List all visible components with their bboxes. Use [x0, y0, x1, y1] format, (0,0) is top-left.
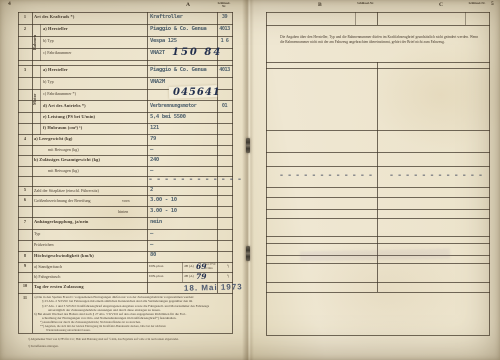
motor-hersteller-value: Piaggio & Co. Genua — [150, 68, 206, 74]
row-number: 9 — [18, 264, 32, 268]
kraftfahrzeugbrief-spread: 4 A Schlüssel-Nr. B Schlüssel-Nr. C Schl… — [0, 0, 500, 360]
gesamtgewicht-value: 240 — [150, 158, 159, 164]
rahmen-typ-label: b) Typ — [43, 39, 54, 44]
divider — [18, 12, 233, 13]
divider — [147, 12, 148, 293]
bemerkungen-text: a) Die in den Spalten B und C vorgesehen… — [34, 295, 230, 321]
divider — [266, 12, 267, 335]
divider — [355, 12, 356, 25]
column-b-header: B — [318, 3, 322, 9]
divider — [40, 24, 41, 61]
divider — [18, 240, 233, 241]
leistung-value: 5,4 bei 5500 — [150, 115, 186, 121]
rahmen-fabriknummer-value: VNA2T — [150, 51, 165, 57]
divider — [182, 262, 183, 282]
divider — [40, 65, 41, 135]
divider — [266, 62, 490, 63]
divider — [18, 24, 233, 25]
staple — [246, 246, 250, 261]
column-a-header: A — [186, 3, 190, 9]
kupplung-typ-value: — — [150, 232, 153, 238]
divider — [266, 197, 490, 198]
divider — [266, 209, 490, 210]
rahmen-typ-key: 1 6 — [217, 39, 232, 44]
motor-fabriknummer-handwritten: 045641 — [173, 88, 221, 98]
bemerkungen-fussnoten: *) Auszufüllen nur durch die Zulassungsb… — [40, 321, 228, 333]
mit-beiwagen-value: — — [150, 148, 153, 154]
erste-zulassung-label: Tag der ersten Zulassung — [34, 285, 84, 290]
divider — [18, 155, 233, 156]
divider — [18, 60, 233, 61]
hoechstgeschwindigkeit-value: 80 — [150, 253, 156, 259]
row-number: 5 — [18, 188, 32, 192]
divider — [266, 68, 490, 69]
divider — [18, 333, 233, 334]
bereifung-vorn-value: 3.00 - 10 — [150, 198, 177, 204]
motor-typ-label: b) Typ — [43, 80, 54, 85]
row-number: 1 — [18, 15, 32, 19]
schluessel-nr-header: Schlüssel-Nr. — [216, 2, 232, 9]
divider — [266, 152, 490, 153]
divider — [266, 12, 490, 13]
divider — [18, 166, 233, 167]
footnote-1: ¹) Allgemeiner Wert von 0,785 für π/4 ; … — [28, 338, 246, 342]
page-number-left: 4 — [8, 2, 11, 8]
hubraum-value: 121 — [150, 126, 159, 132]
rahmen-hersteller-label: a) Hersteller — [43, 27, 68, 32]
din-phon-label: DIN-phon — [149, 265, 163, 269]
motor-hersteller-label: a) Hersteller — [43, 68, 68, 73]
divider — [18, 206, 233, 207]
divider — [18, 36, 233, 37]
rahmen-fabriknummer-handwritten: 150 84 — [172, 48, 222, 58]
divider — [266, 263, 490, 264]
row-number: 6 — [18, 198, 32, 202]
divider — [18, 186, 233, 187]
rahmen-hersteller-value: Piaggio & Co. Genua — [150, 27, 206, 33]
divider — [18, 134, 233, 135]
rahmen-hersteller-key: 4013 — [217, 27, 232, 32]
group-label-motor: Motor — [33, 66, 40, 132]
row-number: 11 — [18, 296, 32, 300]
divider — [18, 251, 233, 252]
fahrgeraeusch-handwritten: 79 — [196, 273, 206, 281]
motor-typ-value: VNA2M — [150, 80, 165, 86]
handwritten-dash-line-b: – – – – – – – – – – – – — [280, 173, 373, 179]
mit-beiwagen-label: mit Beiwagen (kg) — [48, 148, 79, 153]
divider — [18, 112, 233, 113]
divider — [266, 335, 490, 336]
center-fold — [242, 0, 254, 360]
divider — [266, 166, 490, 167]
divider — [266, 130, 490, 131]
divider — [266, 282, 490, 283]
pruefzeichen-value: — — [150, 243, 153, 249]
divider — [266, 25, 490, 26]
divider — [18, 229, 233, 230]
page-number-right: 5 — [491, 2, 494, 8]
row-number: 3 — [18, 68, 32, 72]
fussnote-line: Wiederzulassung unverändert lassen. — [40, 329, 228, 333]
leergewicht-value: 79 — [150, 137, 156, 143]
divider — [18, 195, 233, 196]
antrieb-label: d) Art des Antriebs *) — [43, 104, 86, 109]
divider — [18, 123, 233, 124]
divider — [266, 187, 490, 188]
group-label-rahmen: Rahmen — [33, 25, 40, 59]
antrieb-value: Verbrennungsmotor — [150, 104, 196, 109]
leistung-label: e) Leistung (PS bei U/min) — [43, 115, 95, 120]
anhaengerkupplung-label: Anhängerkupplung, ja/nein — [34, 220, 88, 225]
divider — [18, 65, 233, 66]
sitzplaetze-label: Zahl der Sitzplätze (einschl. Führersitz… — [34, 189, 99, 194]
handwritten-dash-line: – – – – – – – – – – – – — [149, 177, 242, 183]
divider — [18, 77, 233, 78]
bereifung-vorn-label: vorn — [122, 199, 130, 204]
db-a-label: dB (A) — [184, 275, 194, 279]
row-number: 10 — [18, 284, 32, 288]
footnote-mark: ²) — [227, 265, 229, 269]
divider — [266, 292, 490, 293]
bereifung-hinten-value: 3.00 - 10 — [150, 209, 177, 215]
rahmennummer-hinweis: Die Angaben über den Hersteller, Typ und… — [280, 35, 478, 45]
hubraum-label: f) Hubraum (cm³) ¹) — [43, 126, 82, 131]
footnote-mark: ²) — [227, 275, 229, 279]
kupplung-typ-label: Typ — [34, 232, 40, 237]
staple — [246, 138, 250, 153]
bereifung-hinten-label: hinten — [118, 210, 128, 215]
footnote-2: ²) Zutreffendes eintragen. — [28, 345, 246, 349]
divider — [377, 12, 378, 25]
divider — [18, 217, 233, 218]
db-a-label: dB (A) — [184, 265, 194, 269]
standgeraeusch-zusatz: bei 3750 U/min — [205, 263, 222, 270]
divider — [18, 100, 233, 101]
antrieb-key: 01 — [217, 104, 232, 109]
page-right — [247, 0, 500, 360]
mit-beiwagen2-value: — — [150, 169, 153, 175]
row-number: 2 — [18, 27, 32, 31]
divider — [266, 243, 490, 244]
column-c-header: C — [439, 3, 443, 9]
rahmen-typ-value: Vespa 125 — [150, 39, 177, 45]
art-des-kraftrads-value: Kraftroller — [150, 15, 183, 21]
motor-hersteller-key: 4013 — [217, 68, 232, 73]
row-number: 8 — [18, 254, 32, 258]
fahrgeraeusch-label: b) Fahrgeräusch — [34, 275, 60, 280]
leergewicht-label: a) Leergewicht (kg) — [34, 137, 72, 142]
schluessel-nr-header: Schlüssel-Nr. — [356, 2, 375, 5]
row-number: 4 — [18, 137, 32, 141]
date-stamp: 18. Mai 1973 — [184, 283, 243, 293]
art-des-kraftrads-label: Art des Kraftrads *) — [34, 15, 74, 20]
handwritten-dash-line-c: – – – – – – – – – – – – — [390, 173, 483, 179]
pruefzeichen-label: Prüfzeichen — [34, 243, 54, 248]
divider — [18, 293, 233, 294]
art-key: 39 — [217, 15, 232, 20]
row-number: 7 — [18, 220, 32, 224]
divider — [18, 145, 233, 146]
standgeraeusch-label: a) Standgeräusch — [34, 265, 62, 270]
mit-beiwagen2-label: mit Beiwagen (kg) — [48, 169, 79, 174]
motor-fabriknummer-label: c) Fabriknummer *) — [43, 92, 76, 97]
gesamtgewicht-label: b) Zulässiges Gesamtgewicht (kg) — [34, 158, 100, 163]
bereifung-label: Größenbezeichnung der Bereifung — [34, 199, 91, 204]
divider — [465, 12, 466, 25]
divider — [32, 12, 33, 333]
divider — [266, 236, 490, 237]
schluessel-nr-header: Schlüssel-Nr. — [466, 2, 488, 5]
sitzplaetze-value: 2 — [150, 188, 153, 194]
hoechstgeschwindigkeit-label: Höchstgeschwindigkeit (km/h) — [34, 254, 94, 259]
din-phon-label: DIN-phon — [149, 275, 163, 279]
divider — [266, 218, 490, 219]
rahmen-fabriknummer-label: c) Fabriknummer — [43, 51, 72, 56]
divider — [489, 12, 490, 335]
anhaengerkupplung-value: nein — [150, 220, 162, 226]
